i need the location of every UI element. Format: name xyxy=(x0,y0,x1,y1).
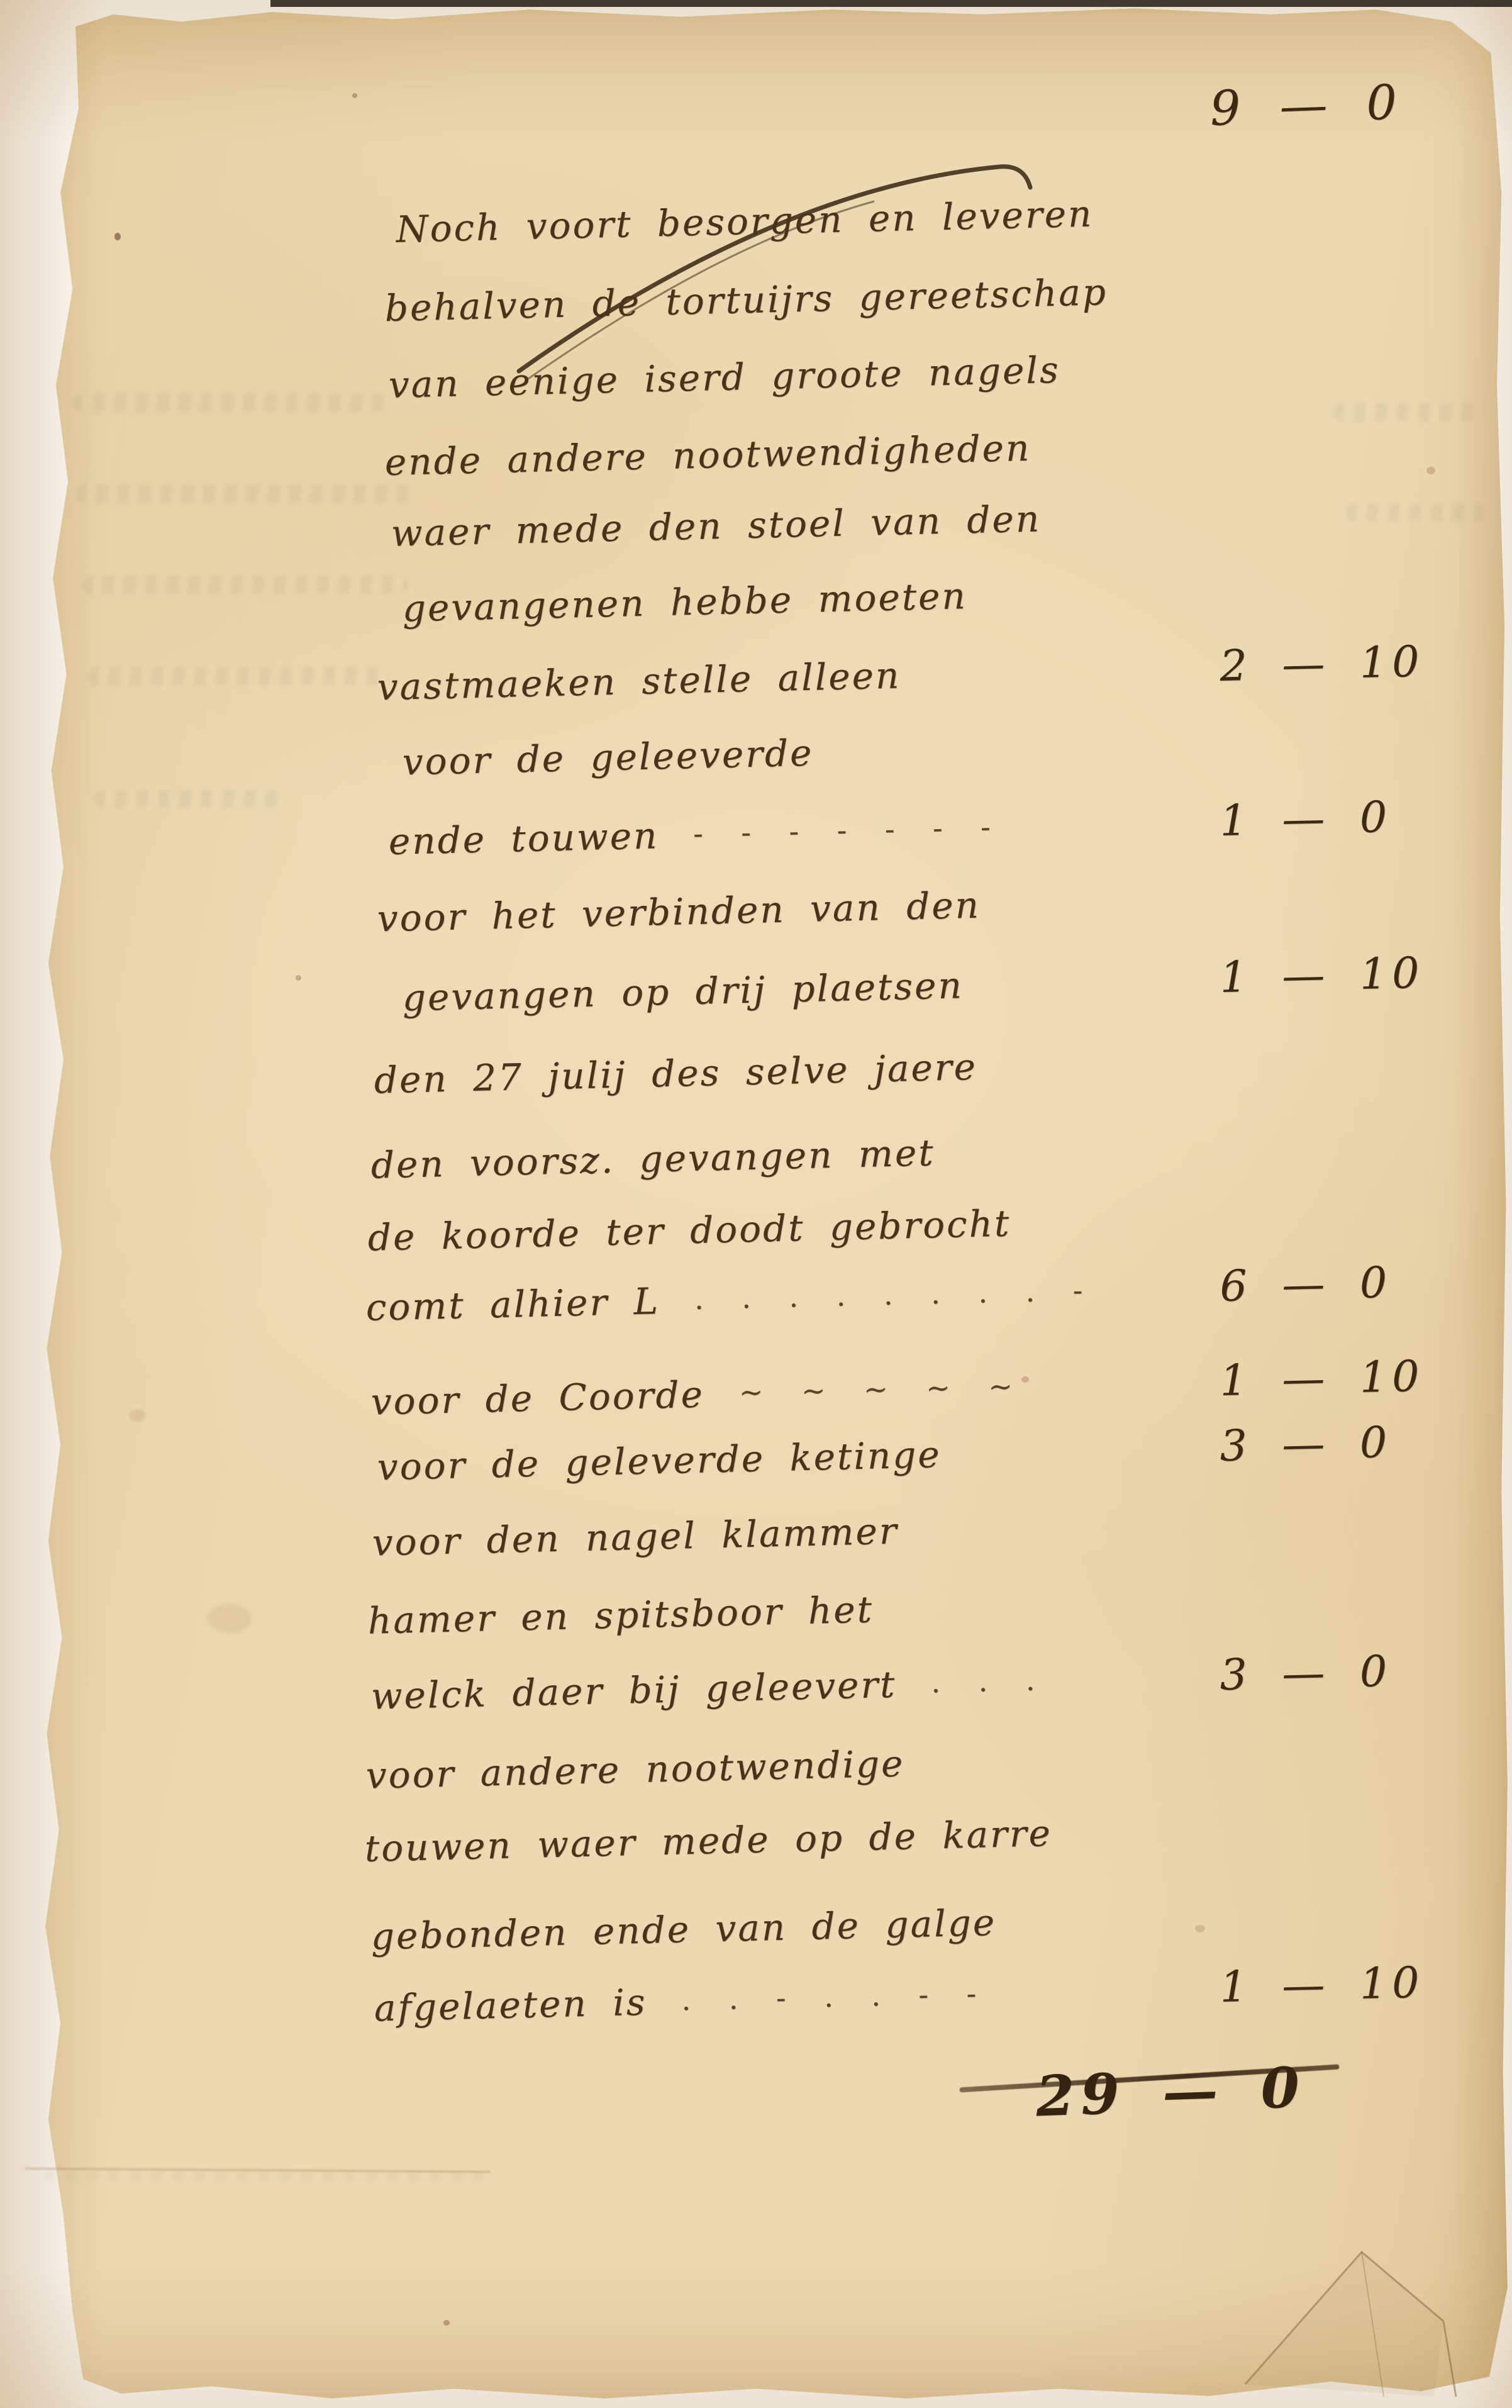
entry-amount: 2 — 10 xyxy=(1220,637,1425,691)
entry-text: voor de Coorde xyxy=(370,1373,704,1424)
entry-amount: 6 — 0 xyxy=(1220,1258,1392,1312)
dot-leader: . . - . . - - xyxy=(681,1976,986,2017)
entry-amount: 3 — 0 xyxy=(1220,1418,1392,1471)
carried-forward-amount: 9 — 0 xyxy=(1209,74,1404,137)
ink-speck xyxy=(443,2320,450,2326)
stain-speck xyxy=(1426,467,1435,474)
ink-speck xyxy=(352,93,357,98)
squiggle-leader: ~ ~ ~ ~ ~ xyxy=(738,1369,1021,1409)
entry-text: comt alhier L xyxy=(365,1279,660,1329)
entry-amount: 1 — 10 xyxy=(1220,1958,1425,2012)
scanner-edge-strip xyxy=(270,0,1512,7)
entry-text: afgelaeten is xyxy=(374,1981,647,2030)
show-through-marks xyxy=(94,789,283,808)
entry-amount: 1 — 0 xyxy=(1220,793,1392,846)
entry-amount: 1 — 10 xyxy=(1220,949,1425,1003)
total-amount: 29 — 0 xyxy=(1035,2054,1306,2129)
entry-amount: 1 — 10 xyxy=(1220,1352,1425,1406)
dot-leader: . . . xyxy=(931,1663,1044,1699)
dot-leader: - - - - - - - xyxy=(693,810,1000,850)
entry-amount: 3 — 0 xyxy=(1220,1647,1392,1700)
show-through-marks xyxy=(44,2171,484,2182)
entry-text: ende touwen xyxy=(388,814,659,863)
dot-leader: . . . . . . . . - xyxy=(694,1273,1092,1316)
scanned-manuscript-page: 9 — 0 Noch voort besorgen en leveren beh… xyxy=(0,0,1512,2408)
